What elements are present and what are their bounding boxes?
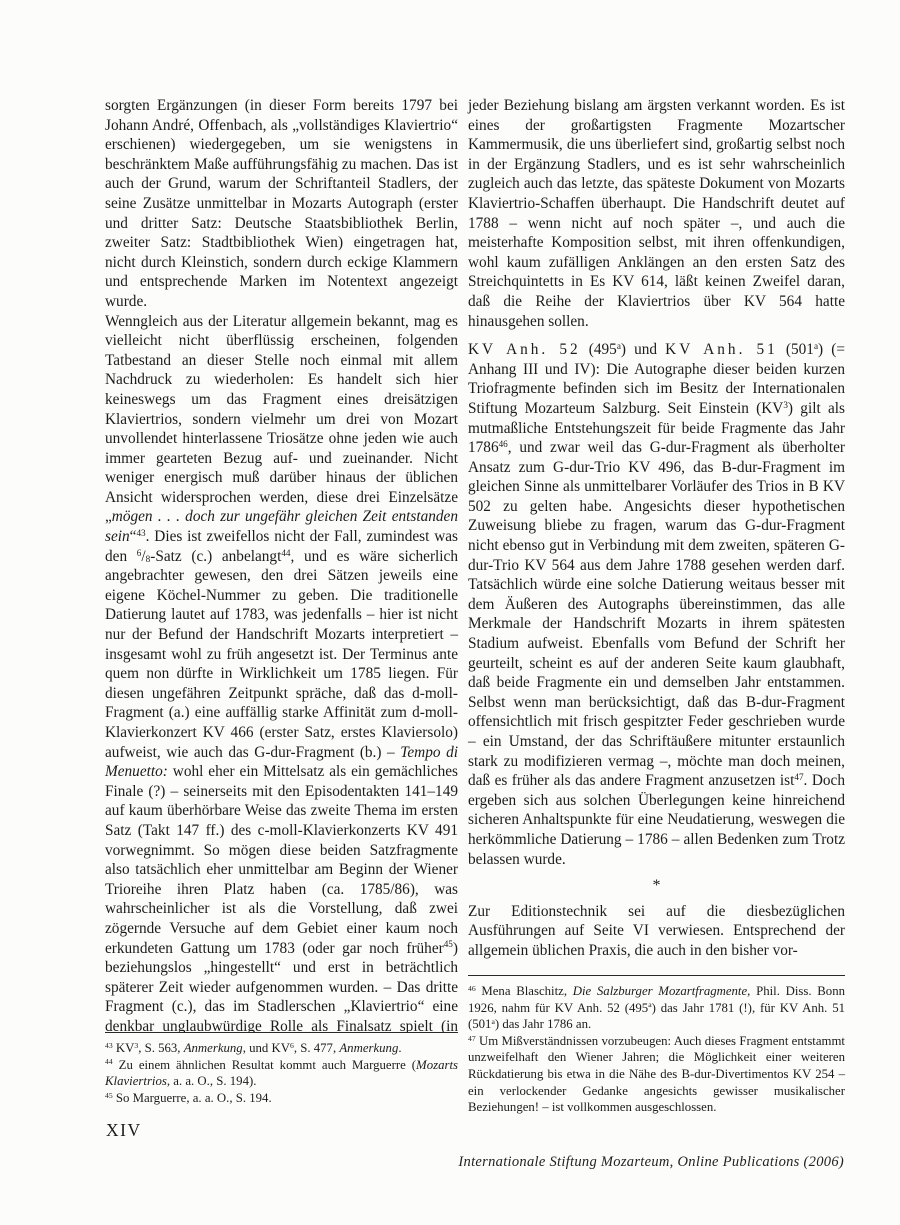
text-run: jeder Beziehung bislang am ärgsten verka… <box>468 97 845 330</box>
footnote: 46 Mena Blaschitz, Die Salzburger Mozart… <box>468 983 845 1033</box>
body-paragraph: Wenngleich aus der Literatur allgemein b… <box>105 312 458 1076</box>
text-run: -Satz (c.) anbelangt <box>150 548 281 565</box>
text-run: 43 <box>105 1041 113 1050</box>
text-run: 45 <box>105 1091 113 1100</box>
text-run: Zur Editionstechnik sei auf die diesbezü… <box>468 903 845 959</box>
footnote: 43 KV3, S. 563, Anmerkung, und KV6, S. 4… <box>105 1040 458 1057</box>
text-run: , und KV <box>243 1041 290 1055</box>
page-number: XIV <box>106 1120 142 1141</box>
text-run: , und es wäre sicherlich angebrachter ge… <box>105 548 458 761</box>
text-run: . <box>398 1041 401 1055</box>
text-run: 46 <box>499 439 508 449</box>
right-column-main: jeder Beziehung bislang am ärgsten verka… <box>468 96 845 869</box>
text-run: KV <box>113 1041 135 1055</box>
text-run: a <box>648 1000 651 1009</box>
text-run: Wenngleich aus der Literatur allgemein b… <box>105 313 458 526</box>
text-run: 6 <box>290 1041 294 1050</box>
text-run: Die Salzburger Mozartfragmente <box>573 984 747 998</box>
text-run: wohl eher ein Mittelsatz als ein gemächl… <box>105 763 458 956</box>
right-text-column: jeder Beziehung bislang am ärgsten verka… <box>468 96 845 961</box>
text-run: , S. 563, <box>138 1041 184 1055</box>
text-run: 43 <box>136 528 145 538</box>
text-run: 8 <box>146 554 151 564</box>
text-run: 46 <box>468 984 476 993</box>
text-run: 45 <box>444 939 453 949</box>
text-run: (495 <box>581 341 617 358</box>
text-run: / <box>141 548 145 565</box>
text-run: 44 <box>105 1057 113 1066</box>
text-run: Anmerkung <box>184 1041 243 1055</box>
text-run: KV Anh. 52 <box>468 341 581 358</box>
text-run: , und zwar weil das G-dur-Fragment als ü… <box>468 439 845 789</box>
section-separator: * <box>468 876 845 896</box>
text-run: 47 <box>794 772 803 782</box>
text-run: 3 <box>134 1041 138 1050</box>
text-run: a <box>617 341 621 351</box>
text-run: Anmerkung <box>339 1041 398 1055</box>
text-run: ) das Jahr 1786 an. <box>495 1017 591 1031</box>
text-run: , a. a. O., S. 194). <box>167 1074 257 1088</box>
footnote: 44 Zu einem ähnlichen Resultat kommt auc… <box>105 1057 458 1090</box>
text-run: 6 <box>137 548 142 558</box>
footnotes-left: 43 KV3, S. 563, Anmerkung, und KV6, S. 4… <box>105 1032 458 1106</box>
body-paragraph: jeder Beziehung bislang am ärgsten verka… <box>468 96 845 331</box>
footnote: 47 Um Mißverständnissen vorzubeugen: Auc… <box>468 1033 845 1116</box>
footnotes-right: 46 Mena Blaschitz, Die Salzburger Mozart… <box>468 975 845 1116</box>
footer-credit: Internationale Stiftung Mozarteum, Onlin… <box>458 1154 844 1171</box>
text-run: Mena Blaschitz, <box>476 984 573 998</box>
text-run: Um Mißverständnissen vorzubeugen: Auch d… <box>468 1034 845 1114</box>
text-run: a <box>814 341 818 351</box>
text-run: ) und <box>621 341 665 358</box>
body-paragraph: Zur Editionstechnik sei auf die diesbezü… <box>468 902 845 961</box>
footnote: 45 So Marguerre, a. a. O., S. 194. <box>105 1090 458 1107</box>
text-run: 3 <box>783 400 788 410</box>
text-run: a <box>491 1017 494 1026</box>
text-run: sorgten Ergänzungen (in dieser Form bere… <box>105 97 458 310</box>
text-run: , S. 477, <box>294 1041 340 1055</box>
scanned-document-page: sorgten Ergänzungen (in dieser Form bere… <box>0 0 900 1225</box>
text-run: 47 <box>468 1034 476 1043</box>
left-text-column: sorgten Ergänzungen (in dieser Form bere… <box>105 96 458 1076</box>
text-run: Zu einem ähnlichen Resultat kommt auch M… <box>113 1058 416 1072</box>
body-paragraph: sorgten Ergänzungen (in dieser Form bere… <box>105 96 458 312</box>
text-run: So Marguerre, a. a. O., S. 194. <box>113 1091 272 1105</box>
body-paragraph: KV Anh. 52 (495a) und KV Anh. 51 (501a) … <box>468 340 845 869</box>
text-run: 44 <box>281 548 290 558</box>
text-run: KV Anh. 51 <box>665 341 778 358</box>
text-run: (501 <box>778 341 814 358</box>
right-column-closing: Zur Editionstechnik sei auf die diesbezü… <box>468 902 845 961</box>
